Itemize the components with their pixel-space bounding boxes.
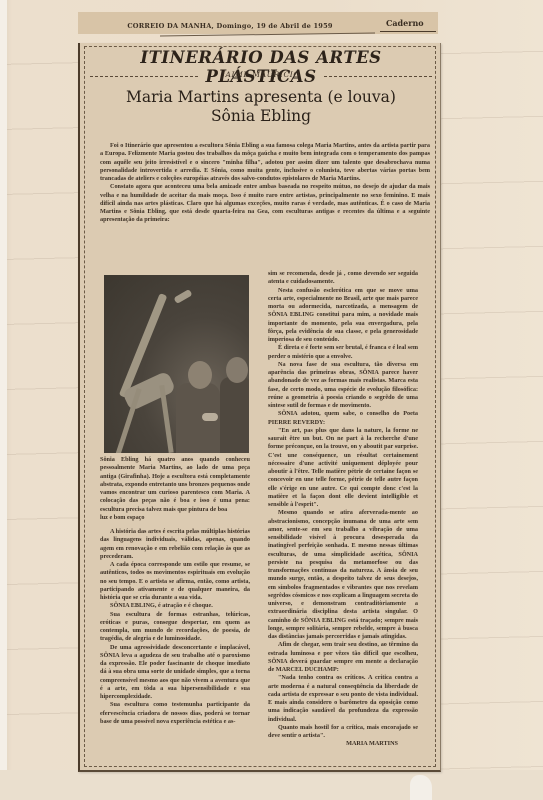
section-rule <box>380 31 436 32</box>
body-paragraph: Mesmo quando se atira aferverada-mente a… <box>268 509 418 641</box>
body-paragraph: Sua escultura de formas estranhas, telúr… <box>100 611 250 644</box>
byline-rule-right <box>324 76 432 78</box>
giraffe-sculpture-leg <box>159 385 173 453</box>
body-paragraph: Afim de chegar, sem trair seu destino, a… <box>268 641 418 674</box>
body-paragraph: sim se recomenda, desde já , como devend… <box>268 270 418 287</box>
body-paragraph: Na nova fase de sua escultura, tão diver… <box>268 361 418 411</box>
signature: MARIA MARTINS <box>268 740 418 748</box>
body-paragraph: A cada época corresponde um estilo que r… <box>100 561 250 602</box>
page-bottom-margin <box>0 770 543 800</box>
body-paragraph: Nesta confusão esclerótica em que se mov… <box>268 287 418 345</box>
headline-line-2: Sônia Ebling <box>86 107 436 126</box>
intro-paragraph: Constato agora que aconteceu uma bela am… <box>100 183 430 224</box>
body-paragraph: De uma agressividade desconcertante e im… <box>100 644 250 702</box>
masthead-dateline: CORREIO DA MANHA, Domingo, 19 de Abril d… <box>80 22 380 30</box>
person-head <box>226 357 248 383</box>
photo-caption-end: luz e bom espaço <box>100 514 250 522</box>
intro-paragraph: Foi o Itinerário que apresentou a escult… <box>100 142 430 183</box>
byline: JAIME MAURICIO <box>86 70 436 82</box>
body-paragraph: É direta e é forte sem ser brutal, é fra… <box>268 344 418 361</box>
torn-paper-patch <box>410 775 432 800</box>
person-figure <box>220 377 249 453</box>
quote-paragraph: "Nada tenho contra os críticos. A crític… <box>268 674 418 724</box>
article-right-column: sim se recomenda, desde já , como devend… <box>268 270 418 749</box>
article-intro: Foi o Itinerário que apresentou a escult… <box>100 142 430 225</box>
quote-paragraph: Quanto mais hostil for a crítica, mais e… <box>268 724 418 741</box>
quote-paragraph: "En art, pas plus que dans la nature, la… <box>268 427 418 510</box>
article-left-column: Sônia Ebling há quatro anos quando conhe… <box>100 456 250 726</box>
body-paragraph: Sua escultura como testemunha participan… <box>100 701 250 726</box>
section-label: Caderno <box>386 18 424 28</box>
body-paragraph: A história das artes é escrita pelas múl… <box>100 528 250 561</box>
body-paragraph: SÔNIA adotou, quem sabe, o conselho do P… <box>268 410 418 427</box>
giraffe-sculpture-head <box>173 289 192 304</box>
body-paragraph: SÔNIA EBLING, é atração e é choque. <box>100 602 250 610</box>
page-edge <box>0 0 7 800</box>
headline-line-1: Maria Martins apresenta (e louva) <box>86 88 436 107</box>
article-photo <box>104 275 249 453</box>
hands <box>202 413 218 421</box>
person-head <box>188 361 212 389</box>
photo-caption: Sônia Ebling há quatro anos quando conhe… <box>100 456 250 514</box>
article-headline: Maria Martins apresenta (e louva) Sônia … <box>86 88 436 126</box>
